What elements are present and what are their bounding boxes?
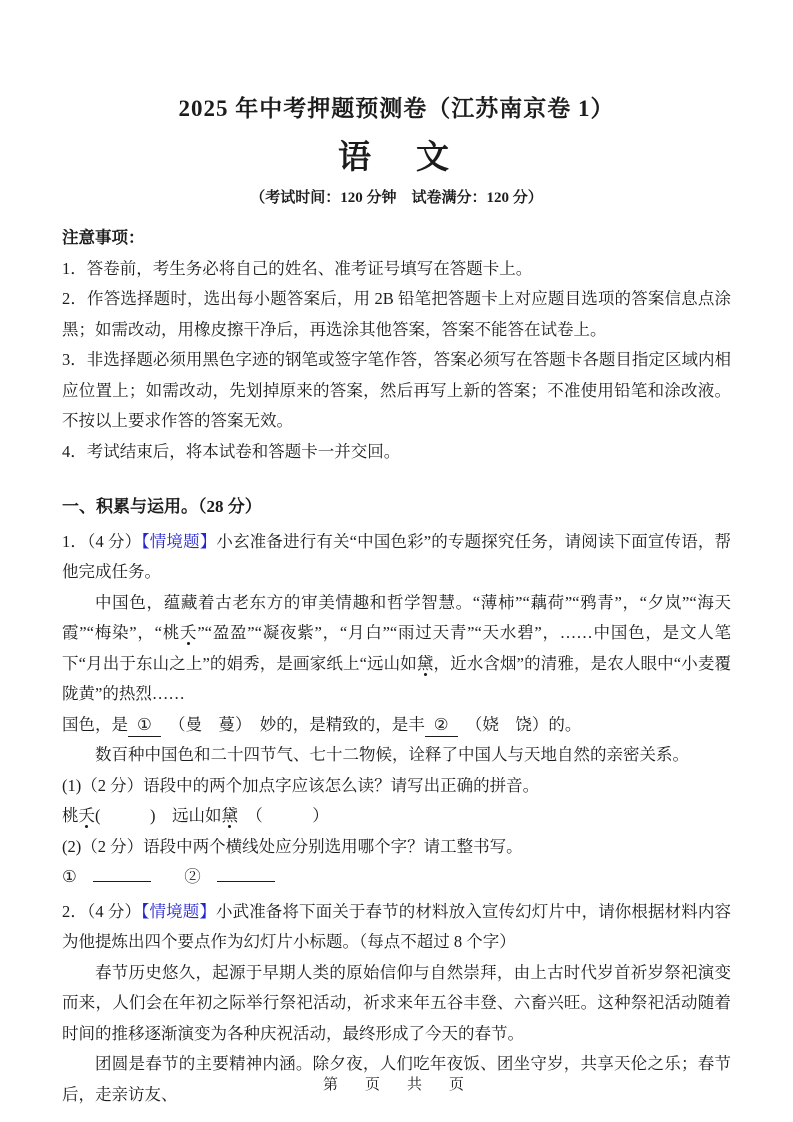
q1-material-paragraph-3: 数百种中国色和二十四节气、七十二物候，诠释了中国人与天地自然的亲密关系。: [62, 740, 731, 771]
q1-subquestion-2-answer-line: ① ②: [62, 862, 731, 893]
answer-blank-line: [217, 866, 275, 883]
question-1-context-tag: 【情境题】: [141, 532, 216, 551]
q1-material-paragraph-1: 中国色，蕴藏着古老东方的审美情趣和哲学智慧。“薄柿”“藕荷”“鸦青”，“夕岚”“…: [62, 588, 731, 710]
q2-material-paragraph-1: 春节历史悠久，起源于早期人类的原始信仰与自然崇拜，由上古时代岁首祈岁祭祀演变而来…: [62, 958, 731, 1050]
dotted-character: 夭: [79, 806, 96, 825]
dotted-character: 黛: [222, 806, 239, 825]
section-1-heading: 一、积累与运用。（28 分）: [62, 491, 731, 522]
question-1: 1．（4 分）【情境题】小玄准备进行有关“中国色彩”的专题探究任务，请阅读下面宣…: [62, 527, 731, 893]
dotted-character: 夭: [180, 623, 197, 642]
notice-item-3: 3．非选择题必须用黑色字迹的钢笔或签字笔作答，答案必须写在答题卡各题目指定区域内…: [62, 345, 731, 437]
question-2-stem: 2．（4 分）【情境题】小武准备将下面关于春节的材料放入宣传幻灯片中，请你根据材…: [62, 897, 731, 958]
notice-section: 注意事项： 1．答卷前，考生务必将自己的姓名、准考证号填写在答题卡上。 2．作答…: [62, 223, 731, 467]
q1-subquestion-2: (2)（2 分）语段中两个横线处应分别选用哪个字？请工整书写。: [62, 832, 731, 863]
question-2-context-tag: 【情境题】: [141, 902, 216, 921]
exam-paper-page: 2025 年中考押题预测卷（江苏南京卷 1） 语 文 （考试时间：120 分钟 …: [0, 0, 793, 1122]
answer-blank-line: [93, 866, 151, 883]
subject-title: 语 文: [62, 131, 731, 178]
q1-material-paragraph-2: 国色，是① （曼 蔓） 妙的，是精致的，是丰② （娆 饶）的。: [62, 710, 731, 741]
notice-item-1: 1．答卷前，考生务必将自己的姓名、准考证号填写在答题卡上。: [62, 254, 731, 285]
page-footer: 第 页 共 页: [0, 1073, 793, 1094]
page-title: 2025 年中考押题预测卷（江苏南京卷 1）: [62, 90, 731, 123]
underlined-blank-number: ①: [128, 714, 161, 737]
notice-heading: 注意事项：: [62, 223, 731, 254]
dotted-character: 黛: [417, 654, 434, 673]
q1-subquestion-1: (1)（2 分）语段中的两个加点字应该怎么读？请写出正确的拼音。: [62, 771, 731, 802]
notice-item-4: 4．考试结束后，将本试卷和答题卡一并交回。: [62, 437, 731, 468]
notice-item-2: 2．作答选择题时，选出每小题答案后，用 2B 铅笔把答题卡上对应题目选项的答案信…: [62, 284, 731, 345]
page-content: 2025 年中考押题预测卷（江苏南京卷 1） 语 文 （考试时间：120 分钟 …: [0, 0, 793, 1110]
exam-info: （考试时间：120 分钟 试卷满分：120 分）: [62, 186, 731, 207]
question-1-number: 1．（4 分）: [62, 532, 141, 551]
q1-subquestion-1-answer-line: 桃夭( ) 远山如黛 （ ）: [62, 801, 731, 832]
question-2-number: 2．（4 分）: [62, 902, 141, 921]
question-1-stem: 1．（4 分）【情境题】小玄准备进行有关“中国色彩”的专题探究任务，请阅读下面宣…: [62, 527, 731, 588]
underlined-blank-number: ②: [425, 714, 458, 737]
